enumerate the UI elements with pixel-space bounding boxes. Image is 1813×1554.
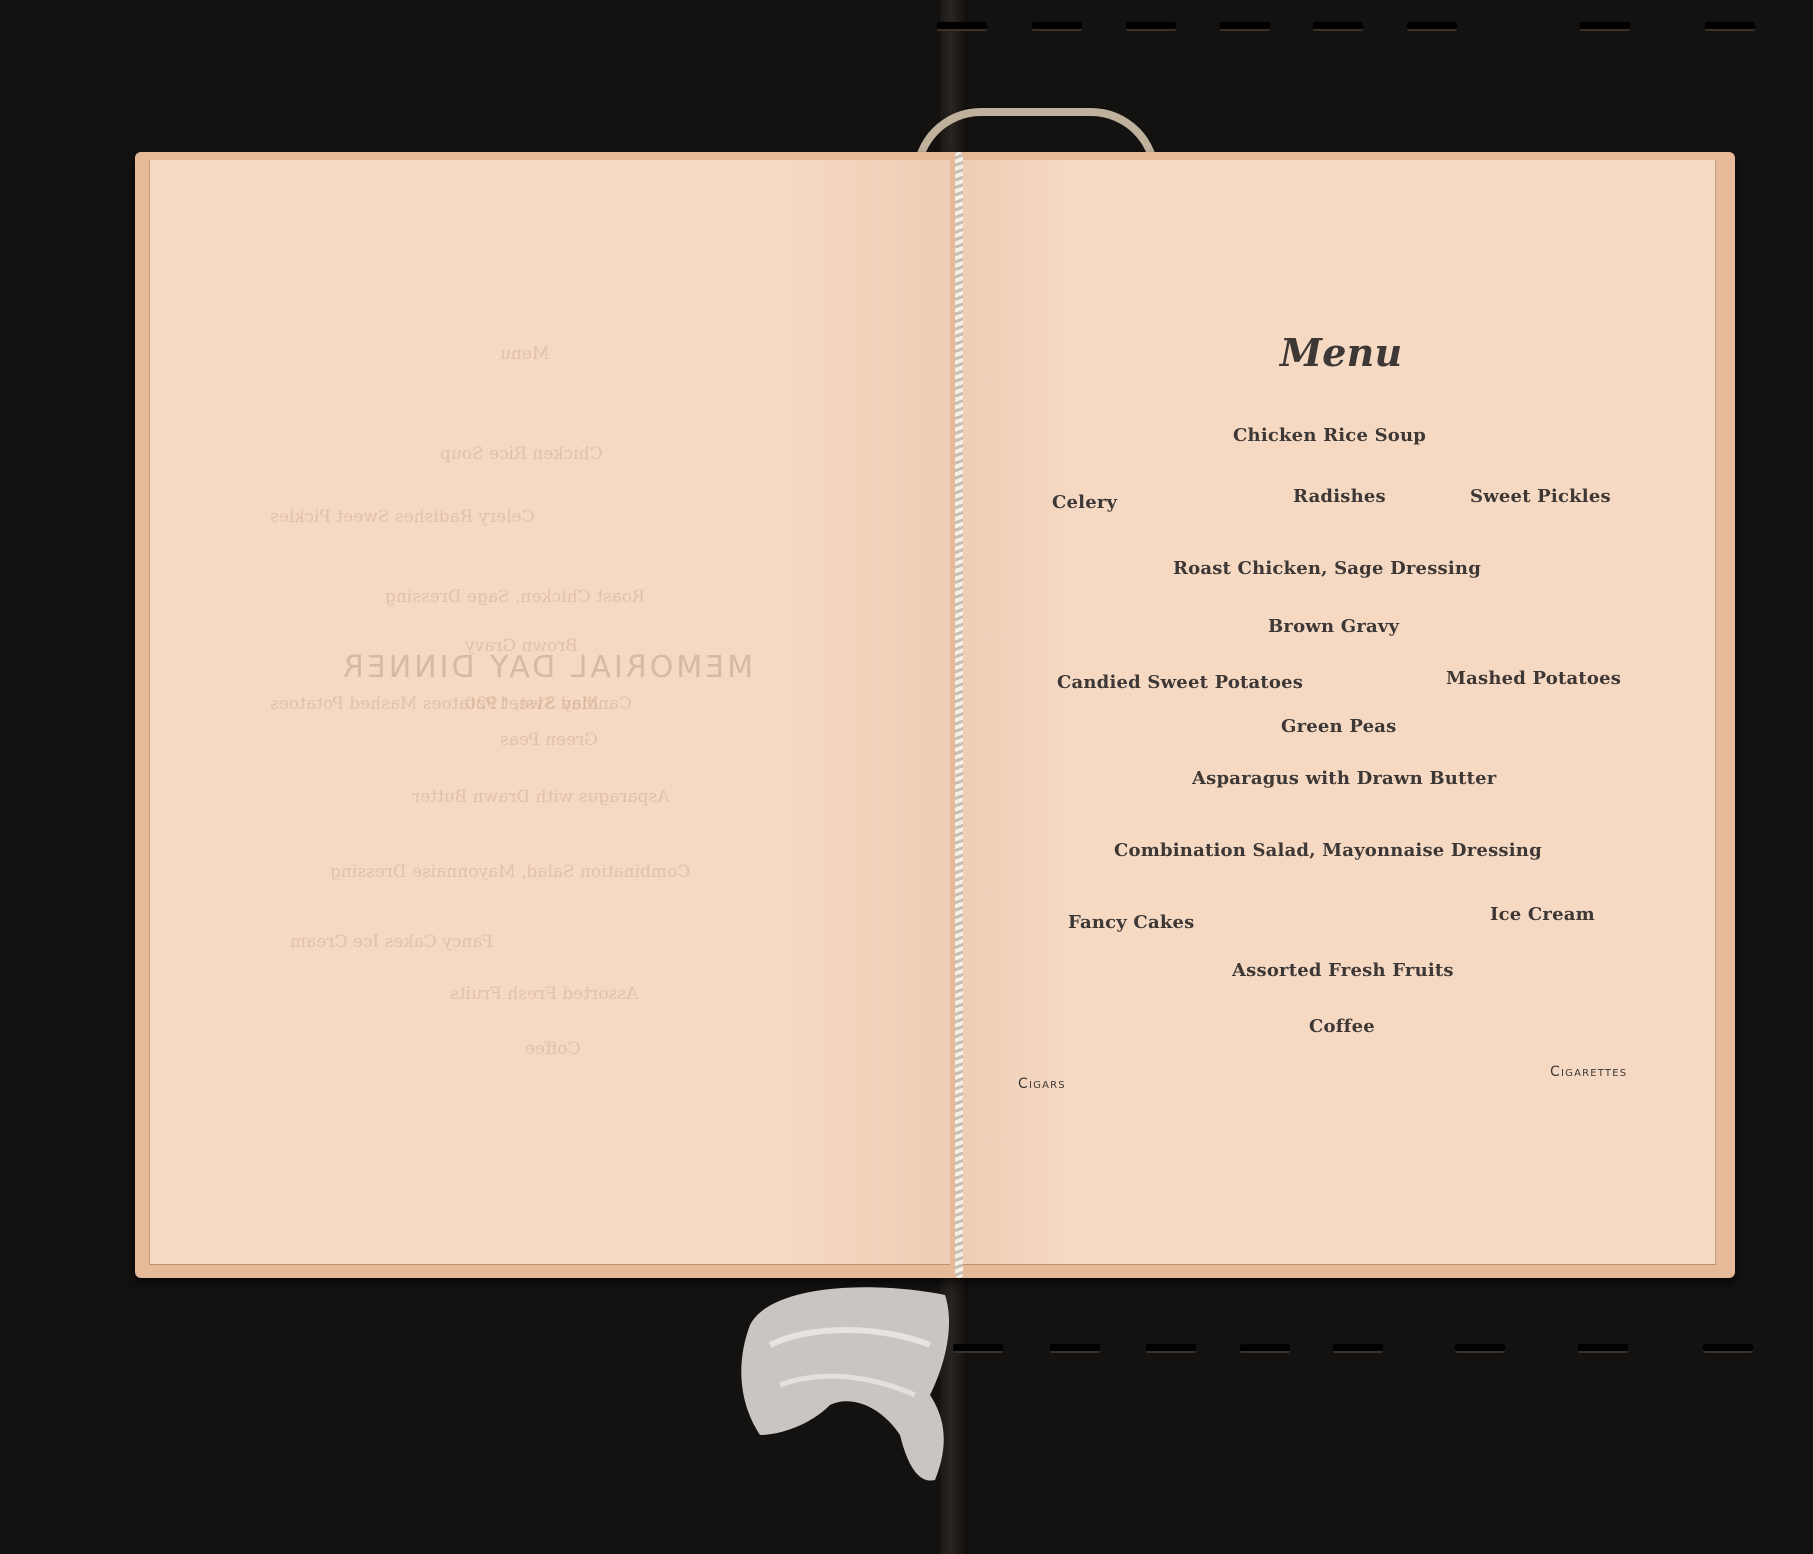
slot	[1580, 22, 1630, 31]
slot	[1578, 1344, 1628, 1353]
slot	[1313, 22, 1363, 31]
slot	[1220, 22, 1270, 31]
slot	[1333, 1344, 1383, 1353]
menu-item: Mashed Potatoes	[1446, 668, 1621, 689]
slot	[1407, 22, 1457, 31]
menu-item: Asparagus with Drawn Butter	[1192, 768, 1496, 789]
show-through-text: Green Peas	[500, 730, 598, 750]
binding-cord	[955, 152, 963, 1278]
tassel	[730, 1285, 960, 1485]
menu-item: Green Peas	[1281, 716, 1396, 737]
menu-item: Fancy Cakes	[1068, 912, 1194, 933]
menu-item: Celery	[1052, 492, 1117, 513]
menu-title: Menu	[1280, 330, 1402, 375]
menu-item: Roast Chicken, Sage Dressing	[1173, 558, 1481, 579]
slot	[1146, 1344, 1196, 1353]
right-page	[957, 160, 1716, 1265]
menu-booklet	[135, 152, 1735, 1278]
slot	[1240, 1344, 1290, 1353]
slot	[1703, 1344, 1753, 1353]
slot	[1455, 1344, 1505, 1353]
show-through-text: Chicken Rice Soup	[440, 444, 603, 464]
menu-item: Chicken Rice Soup	[1233, 425, 1426, 446]
page-shade	[957, 160, 1715, 1264]
menu-item: Ice Cream	[1490, 904, 1595, 925]
slot	[1705, 22, 1755, 31]
slot	[1032, 22, 1082, 31]
menu-item: Combination Salad, Mayonnaise Dressing	[1114, 840, 1542, 861]
show-through-text: Menu	[500, 344, 549, 364]
menu-smokes-item: Cigars	[1018, 1076, 1066, 1092]
slot	[937, 22, 987, 31]
slot	[1126, 22, 1176, 31]
show-through-text: Candied Sweet Potatoes Mashed Potatoes	[270, 694, 632, 714]
menu-item: Radishes	[1293, 486, 1386, 507]
menu-item: Assorted Fresh Fruits	[1232, 960, 1454, 981]
menu-item: Sweet Pickles	[1470, 486, 1611, 507]
slot	[1050, 1344, 1100, 1353]
show-through-text: Coffee	[525, 1039, 580, 1059]
slot	[953, 1344, 1003, 1353]
show-through-text: MEMORIAL DAY DINNER	[340, 650, 753, 685]
show-through-text: Asparagus with Drawn Butter	[412, 787, 670, 807]
menu-item: Candied Sweet Potatoes	[1057, 672, 1303, 693]
show-through-text: Celery Radishes Sweet Pickles	[270, 507, 535, 527]
show-through-text: Roast Chicken, Sage Dressing	[385, 587, 645, 607]
show-through-text: Combination Salad, Mayonnaise Dressing	[330, 862, 690, 882]
menu-item: Coffee	[1309, 1016, 1375, 1037]
menu-smokes-item: Cigarettes	[1550, 1064, 1627, 1080]
menu-item: Brown Gravy	[1268, 616, 1399, 637]
show-through-text: Assorted Fresh Fruits	[450, 984, 638, 1004]
show-through-text: Fancy Cakes Ice Cream	[290, 932, 493, 952]
